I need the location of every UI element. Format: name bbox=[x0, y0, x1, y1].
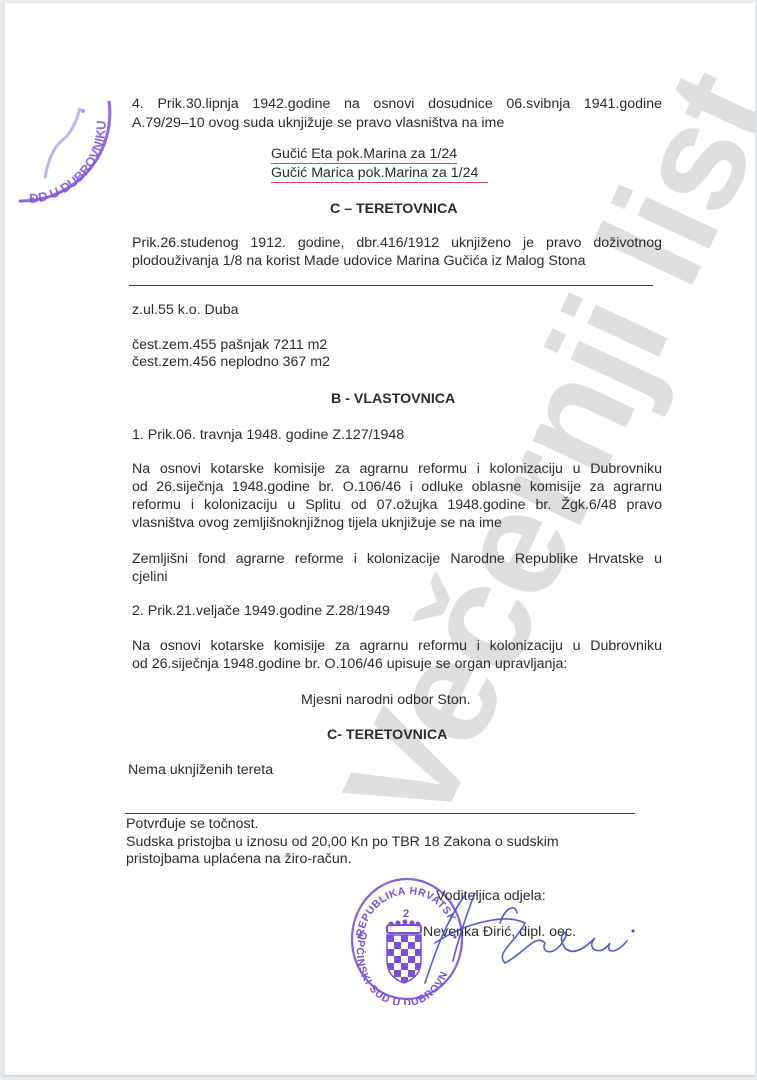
confirmation-text: Potvrđuje se točnost. bbox=[126, 815, 259, 833]
organ-name: Mjesni narodni odbor Ston. bbox=[301, 691, 471, 709]
section-c-heading: C – TERETOVNICA bbox=[330, 201, 457, 217]
owner-text-line: cjelini bbox=[132, 568, 167, 586]
entry1-text-line: od 26.siječnja 1948.godine br. O.106/46 … bbox=[132, 479, 662, 497]
section-c-line2: plodouživanja 1/8 na korist Made udovice… bbox=[132, 252, 585, 270]
section-c2-heading: C- TERETOVNICA bbox=[327, 727, 447, 743]
entry1-title: 1. Prik.06. travnja 1948. godine Z.127/1… bbox=[132, 426, 404, 444]
owner-item: Gučić Eta pok.Marina za 1/24 bbox=[271, 145, 457, 164]
section-c-line1: Prik.26.studenog 1912. godine, dbr.416/1… bbox=[132, 235, 662, 253]
fee-text-line: Sudska pristojba u iznosu od 20,00 Kn po… bbox=[126, 833, 559, 851]
entry2-title: 2. Prik.21.veljače 1949.godine Z.28/1949 bbox=[132, 602, 390, 620]
entry1-text-line: reformu i kolonizaciju u Splitu od 07.ož… bbox=[132, 497, 662, 515]
divider bbox=[125, 813, 635, 814]
signature bbox=[405, 883, 645, 993]
parcel-item: čest.zem.456 neplodno 367 m2 bbox=[132, 353, 330, 371]
entry2-text-line: od 26.siječnja 1948.godine br. O.106/46 … bbox=[132, 655, 567, 673]
document-page: Večernji list ĐD U DUBROVNIKU 4. Prik.30… bbox=[3, 3, 755, 1075]
entry2-text-line: Na osnovi kotarske komisije za agrarnu r… bbox=[132, 638, 662, 656]
entry4-line1: 4. Prik.30.lipnja 1942.godine na osnovi … bbox=[132, 96, 662, 114]
entry4-line2: A.79/29–10 ovog suda uknjižuje se pravo … bbox=[132, 114, 504, 132]
divider bbox=[129, 285, 653, 286]
owner-list: Gučić Eta pok.Marina za 1/24 Gučić Maric… bbox=[271, 145, 488, 183]
section-b-heading: B - VLASTOVNICA bbox=[331, 391, 455, 407]
owner-item: Gučić Marica pok.Marina za 1/24 bbox=[271, 164, 488, 183]
parcel-item: čest.zem.455 pašnjak 7211 m2 bbox=[132, 336, 327, 354]
fee-text-line: pristojbama uplaćena na žiro-račun. bbox=[126, 850, 352, 868]
encumbrance-text: Nema uknjiženih tereta bbox=[128, 761, 273, 779]
court-stamp-partial: ĐD U DUBROVNIKU bbox=[5, 83, 125, 213]
owner-text-line: Zemljišni fond agrarne reforme i koloniz… bbox=[132, 551, 662, 569]
parcel-title: z.ul.55 k.o. Duba bbox=[132, 301, 238, 319]
entry1-text-line: vlasništva ovog zemljišnoknjižnog tijela… bbox=[132, 514, 502, 532]
entry1-text-line: Na osnovi kotarske komisije za agrarnu r… bbox=[132, 461, 662, 479]
